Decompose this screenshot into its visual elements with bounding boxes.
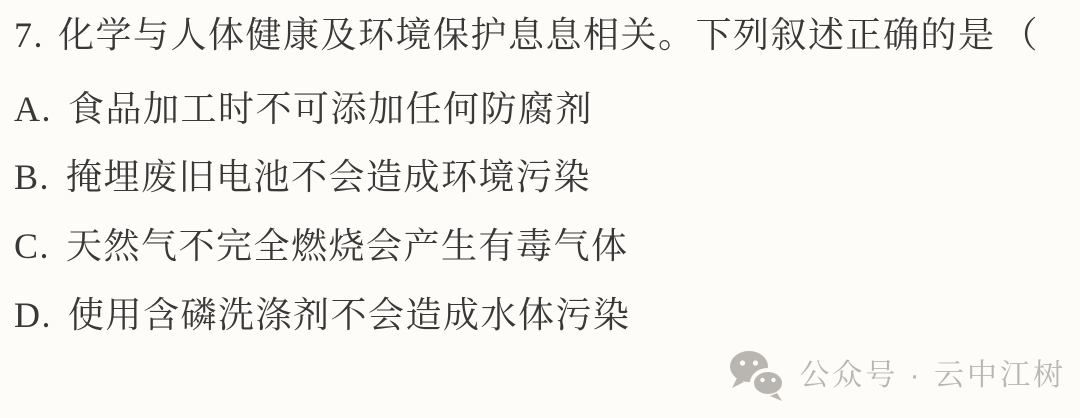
question-number: 7. [14, 12, 44, 58]
option-text-b: 掩埋废旧电池不会造成环境污染 [66, 157, 591, 197]
question-text: 化学与人体健康及环境保护息息相关。下列叙述正确的是 [58, 15, 996, 55]
option-label-a: A. [14, 86, 52, 132]
wechat-icon [727, 350, 787, 402]
option-row-b: B.掩埋废旧电池不会造成环境污染 [14, 154, 591, 200]
option-text-c: 天然气不完全燃烧会产生有毒气体 [66, 226, 629, 266]
option-row-d: D.使用含磷洗涤剂不会造成水体污染 [14, 292, 631, 338]
watermark-text: 公众号 · 云中江树 [799, 350, 1066, 402]
option-row-c: C.天然气不完全燃烧会产生有毒气体 [14, 223, 629, 269]
answer-blank: （ ） [1002, 12, 1080, 58]
option-label-d: D. [14, 292, 52, 338]
exam-question-page: 7.化学与人体健康及环境保护息息相关。下列叙述正确的是（ ） A.食品加工时不可… [0, 0, 1080, 418]
option-label-b: B. [14, 154, 50, 200]
question-line: 7.化学与人体健康及环境保护息息相关。下列叙述正确的是（ ） [14, 12, 1080, 58]
option-label-c: C. [14, 223, 50, 269]
option-text-a: 食品加工时不可添加任何防腐剂 [68, 89, 593, 129]
option-row-a: A.食品加工时不可添加任何防腐剂 [14, 86, 593, 132]
watermark: 公众号 · 云中江树 [727, 348, 1066, 404]
option-text-d: 使用含磷洗涤剂不会造成水体污染 [68, 295, 631, 335]
